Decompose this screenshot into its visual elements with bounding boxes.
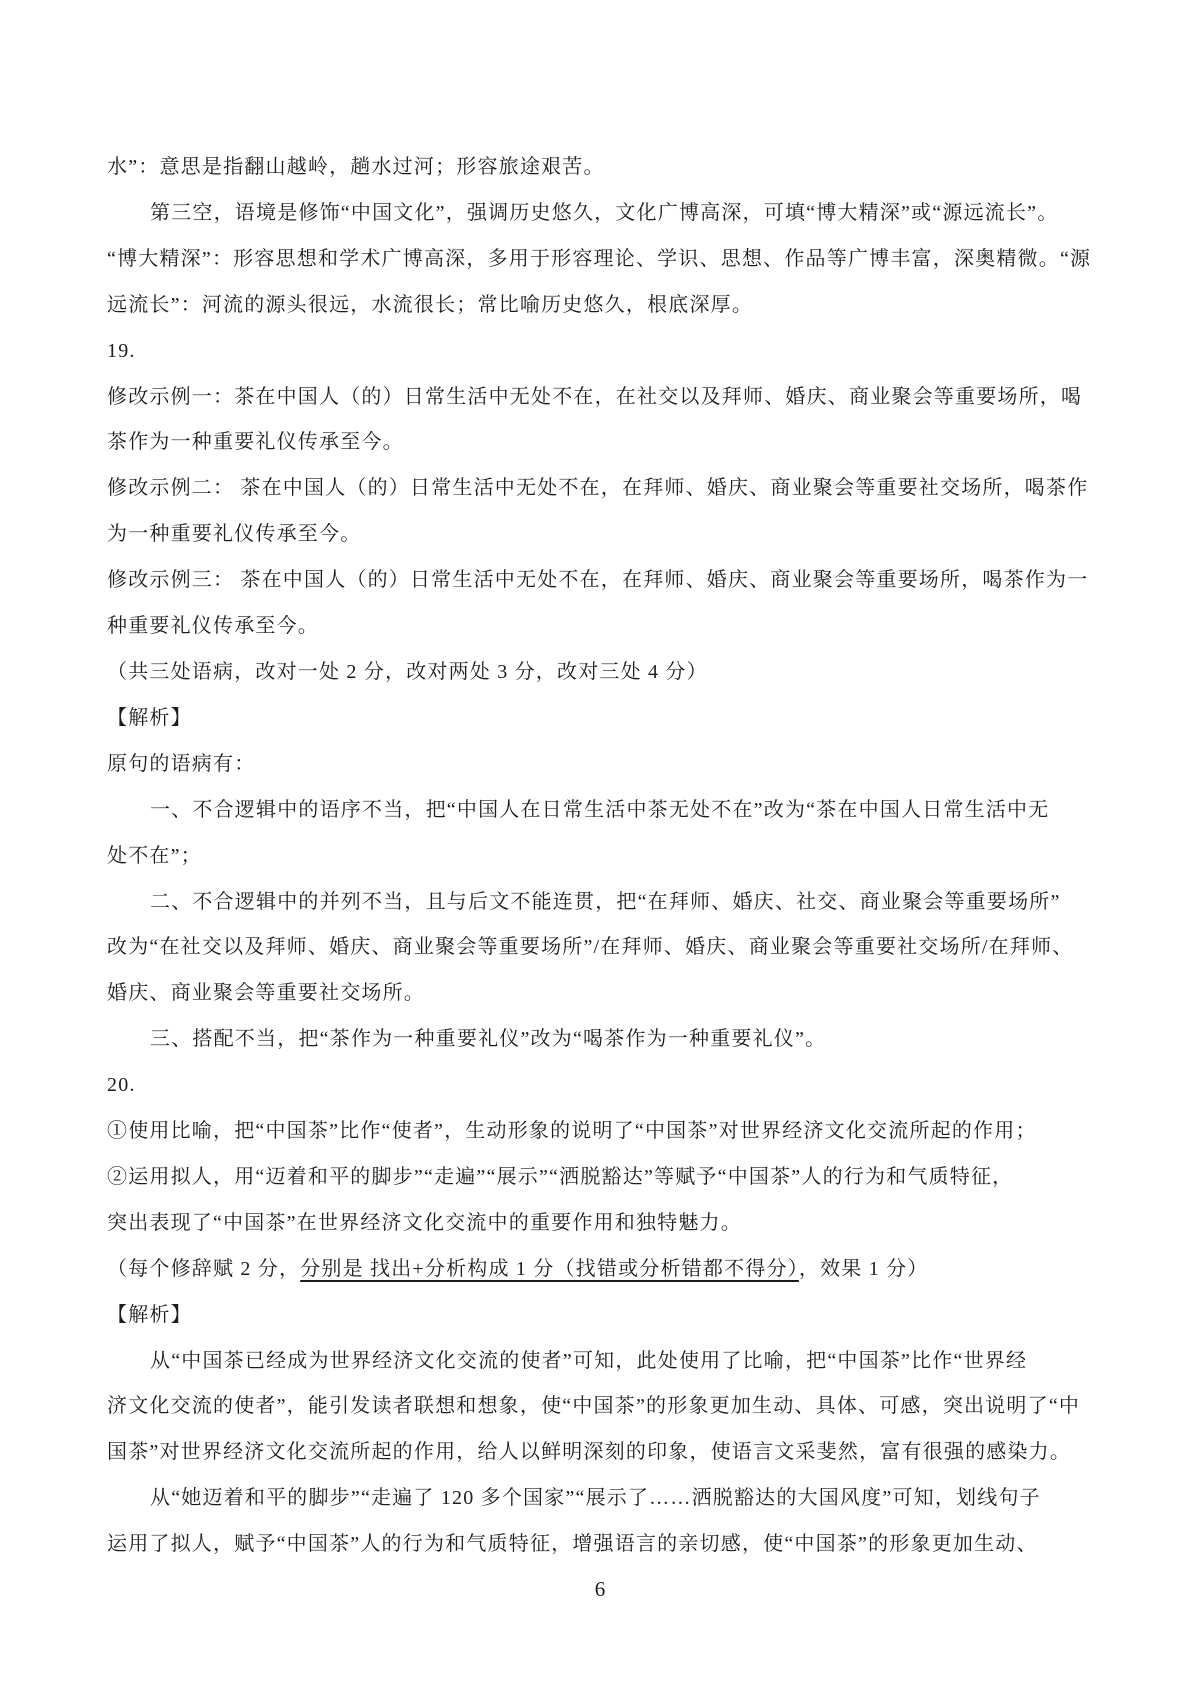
- text-line: 原句的语病有：: [107, 742, 1117, 788]
- text-line: 从“中国茶已经成为世界经济文化交流的使者”可知，此处使用了比喻，把“中国茶”比作…: [107, 1339, 1117, 1385]
- text-line: 修改示例一：茶在中国人（的）日常生活中无处不在，在社交以及拜师、婚庆、商业聚会等…: [107, 375, 1117, 421]
- text-line: 运用了拟人，赋予“中国茶”人的行为和气质特征，增强语言的亲切感，使“中国茶”的形…: [107, 1522, 1117, 1568]
- text-line: ②运用拟人，用“迈着和平的脚步”“走遍”“展示”“洒脱豁达”等赋予“中国茶”人的…: [107, 1155, 1117, 1201]
- text-segment: ，效果 1 分）: [799, 1258, 929, 1280]
- text-line: 修改示例二： 茶在中国人（的）日常生活中无处不在，在拜师、婚庆、商业聚会等重要社…: [107, 466, 1117, 512]
- text-line: 从“她迈着和平的脚步”“走遍了 120 多个国家”“展示了……洒脱豁达的大国风度…: [107, 1476, 1117, 1522]
- text-line: 种重要礼仪传承至今。: [107, 604, 1117, 650]
- text-line: 【解析】: [107, 696, 1117, 742]
- text-line: 修改示例三： 茶在中国人（的）日常生活中无处不在，在拜师、婚庆、商业聚会等重要场…: [107, 558, 1117, 604]
- text-line: ①使用比喻，把“中国茶”比作“使者”，生动形象的说明了“中国茶”对世界经济文化交…: [107, 1109, 1117, 1155]
- text-line: 二、不合逻辑中的并列不当，且与后文不能连贯，把“在拜师、婚庆、社交、商业聚会等重…: [107, 880, 1117, 926]
- text-line: 济文化交流的使者”，能引发读者联想和想象，使“中国茶”的形象更加生动、具体、可感…: [107, 1384, 1117, 1430]
- text-segment: （每个修辞赋 2 分，: [107, 1258, 300, 1280]
- text-line: （共三处语病，改对一处 2 分，改对两处 3 分，改对三处 4 分）: [107, 650, 1117, 696]
- text-line: 突出表现了“中国茶”在世界经济文化交流中的重要作用和独特魅力。: [107, 1201, 1117, 1247]
- text-line: 改为“在社交以及拜师、婚庆、商业聚会等重要场所”/在拜师、婚庆、商业聚会等重要社…: [107, 925, 1117, 971]
- text-line: 19.: [107, 329, 1117, 375]
- page-number: 6: [0, 1572, 1200, 1606]
- text-line: 20.: [107, 1063, 1117, 1109]
- text-line: 远流长”：河流的源头很远，水流很长；常比喻历史悠久，根底深厚。: [107, 283, 1117, 329]
- underlined-text: 分别是 找出+分析构成 1 分（找错或分析错都不得分）: [300, 1258, 799, 1280]
- text-line: 婚庆、商业聚会等重要社交场所。: [107, 971, 1117, 1017]
- text-line: （每个修辞赋 2 分，分别是 找出+分析构成 1 分（找错或分析错都不得分），效…: [107, 1247, 1117, 1293]
- text-line: “博大精深”：形容思想和学术广博高深，多用于形容理论、学识、思想、作品等广博丰富…: [107, 237, 1117, 283]
- document-body: 水”：意思是指翻山越岭，趟水过河；形容旅途艰苦。第三空，语境是修饰“中国文化”，…: [107, 145, 1117, 1568]
- text-line: 水”：意思是指翻山越岭，趟水过河；形容旅途艰苦。: [107, 145, 1117, 191]
- text-line: 三、搭配不当，把“茶作为一种重要礼仪”改为“喝茶作为一种重要礼仪”。: [107, 1017, 1117, 1063]
- text-line: 【解析】: [107, 1293, 1117, 1339]
- text-line: 为一种重要礼仪传承至今。: [107, 512, 1117, 558]
- text-line: 国茶”对世界经济文化交流所起的作用，给人以鲜明深刻的印象，使语言文采斐然，富有很…: [107, 1430, 1117, 1476]
- text-line: 处不在”；: [107, 834, 1117, 880]
- text-line: 茶作为一种重要礼仪传承至今。: [107, 420, 1117, 466]
- text-line: 第三空，语境是修饰“中国文化”，强调历史悠久，文化广博高深，可填“博大精深”或“…: [107, 191, 1117, 237]
- text-line: 一、不合逻辑中的语序不当，把“中国人在日常生活中茶无处不在”改为“茶在中国人日常…: [107, 788, 1117, 834]
- document-page: 水”：意思是指翻山越岭，趟水过河；形容旅途艰苦。第三空，语境是修饰“中国文化”，…: [0, 0, 1200, 1698]
